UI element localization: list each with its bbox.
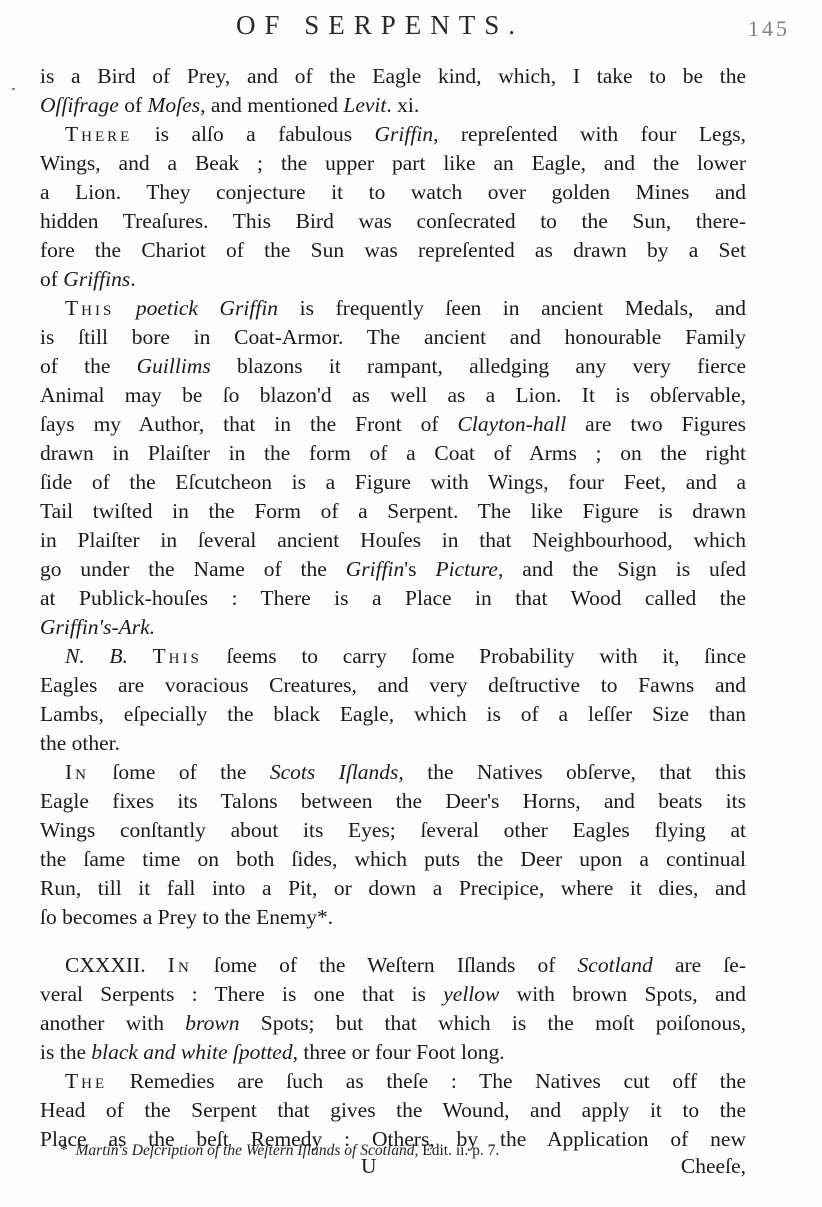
text-line: another with brown Spots; but that which… (40, 1009, 746, 1038)
text-line: Wings, and a Beak ; the upper part like … (40, 149, 746, 178)
text-line: Griffin's-Ark. (40, 613, 746, 642)
text-line: In ſome of the Scots Iſlands, the Native… (40, 758, 746, 787)
italic-term: Griffin's-Ark. (40, 615, 155, 639)
lead-word: There (65, 122, 132, 146)
text-line: Tail twiſted in the Form of a Serpent. T… (40, 497, 746, 526)
text-line: in Plaiſter in ſeveral ancient Houſes in… (40, 526, 746, 555)
paragraph-griffin: There is alſo a fabulous Griffin, repreſ… (40, 120, 746, 294)
section-cxxxii: CXXXII. In ſome of the Weſtern Iſlands o… (40, 951, 746, 1067)
lead-word: The (65, 1069, 107, 1093)
text-line: is ſtill bore in Coat-Armor. The ancient… (40, 323, 746, 352)
text-line: fore the Chariot of the Sun was repreſen… (40, 236, 746, 265)
text-line: Oſſifrage of Moſes, and mentioned Levit.… (40, 91, 746, 120)
text-line: drawn in Plaiſter in the form of a Coat … (40, 439, 746, 468)
text-line: the ſame time on both ſides, which puts … (40, 845, 746, 874)
italic-term: Griffins (63, 267, 130, 291)
paragraph-scots-islands: In ſome of the Scots Iſlands, the Native… (40, 758, 746, 932)
text-line: hidden Treaſures. This Bird was conſecra… (40, 207, 746, 236)
body-text: is a Bird of Prey, and of the Eagle kind… (40, 62, 746, 1178)
lead-word: In (168, 953, 192, 977)
text-line: N. B. This ſeems to carry ſome Probabili… (40, 642, 746, 671)
italic-term: Picture (435, 557, 497, 581)
text-line: ſide of the Eſcutcheon is a Figure with … (40, 468, 746, 497)
text-line: is a Bird of Prey, and of the Eagle kind… (40, 62, 746, 91)
footnote-marker: * (60, 1142, 68, 1159)
section-gap (40, 932, 746, 951)
text-line: ſo becomes a Prey to the Enemy*. (40, 903, 746, 932)
lead-word: This (65, 296, 114, 320)
paragraph-poetick-griffin: This poetick Griffin is frequently ſeen … (40, 294, 746, 642)
text-line: of the Guillims blazons it rampant, alle… (40, 352, 746, 381)
footnote-title: Martin's Deſcription of the Weſtern Iſla… (76, 1142, 419, 1159)
text-line: ſays my Author, that in the Front of Cla… (40, 410, 746, 439)
italic-term: Griffin (346, 557, 405, 581)
text-line: Eagle fixes its Talons between the Deer'… (40, 787, 746, 816)
italic-term: Oſſifrage (40, 93, 119, 117)
text-line: There is alſo a fabulous Griffin, repreſ… (40, 120, 746, 149)
book-page: OF SERPENTS. 145 is a Bird of Prey, and … (0, 0, 822, 1207)
text-line: The Remedies are ſuch as theſe : The Nat… (40, 1067, 746, 1096)
text-line: Animal may be ſo blazon'd as well as a L… (40, 381, 746, 410)
italic-term: Guillims (137, 354, 211, 378)
italic-term: black and white ſpotted (91, 1040, 292, 1064)
text-line: Run, till it fall into a Pit, or down a … (40, 874, 746, 903)
italic-term: Griffin (375, 122, 434, 146)
catchword: Cheeſe, (681, 1154, 746, 1178)
text-line: a Lion. They conjecture it to watch over… (40, 178, 746, 207)
text-line: Lambs, eſpecially the black Eagle, which… (40, 700, 746, 729)
text-line: veral Serpents : There is one that is ye… (40, 980, 746, 1009)
italic-term: poetick Griffin (136, 296, 278, 320)
text-line: the other. (40, 729, 746, 758)
lead-word: In (65, 760, 89, 784)
italic-term: yellow (443, 982, 499, 1006)
margin-speck (12, 88, 15, 90)
text-line: This poetick Griffin is frequently ſeen … (40, 294, 746, 323)
text-line: at Publick-houſes : There is a Place in … (40, 584, 746, 613)
footnote: * Martin's Deſcription of the Weſtern Iſ… (60, 1142, 499, 1160)
nota-bene: N. B. (65, 644, 128, 668)
text-line: Eagles are voracious Creatures, and very… (40, 671, 746, 700)
paragraph-nota-bene: N. B. This ſeems to carry ſome Probabili… (40, 642, 746, 758)
italic-term: Scotland (578, 953, 653, 977)
italic-term: Moſes (148, 93, 201, 117)
footnote-edition: Edit. ii. p. 7. (422, 1142, 499, 1159)
italic-term: Scots Iſlands (270, 760, 399, 784)
paragraph-continuation: is a Bird of Prey, and of the Eagle kind… (40, 62, 746, 120)
text-line: Wings conſtantly about its Eyes; ſeveral… (40, 816, 746, 845)
text-line: is the black and white ſpotted, three or… (40, 1038, 746, 1067)
italic-term: Levit (343, 93, 386, 117)
italic-term: brown (185, 1011, 239, 1035)
text-line: go under the Name of the Griffin's Pictu… (40, 555, 746, 584)
paragraph-remedies: The Remedies are ſuch as theſe : The Nat… (40, 1067, 746, 1154)
running-head: OF SERPENTS. (0, 10, 760, 41)
section-number: CXXXII. (65, 953, 146, 977)
text-line: CXXXII. In ſome of the Weſtern Iſlands o… (40, 951, 746, 980)
text-line: of Griffins. (40, 265, 746, 294)
lead-word: This (153, 644, 202, 668)
italic-term: Clayton-hall (458, 412, 567, 436)
text-line: Head of the Serpent that gives the Wound… (40, 1096, 746, 1125)
page-number: 145 (748, 16, 790, 42)
